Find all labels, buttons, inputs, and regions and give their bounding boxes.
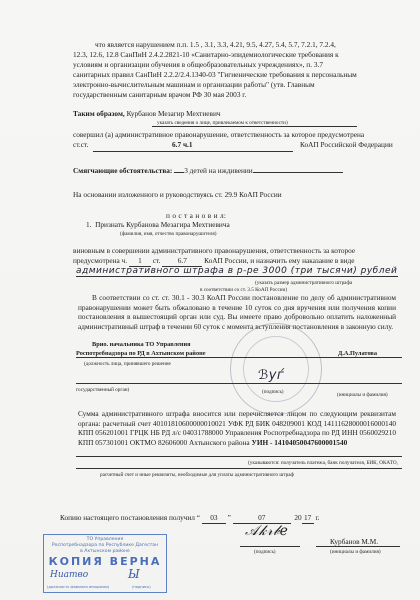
thus-caption: указать сведения о лице, привлекаемом к … [157,120,288,126]
official-caption-1: (должность лица, принявшего решение [84,361,171,367]
item-number: 1. [86,220,91,229]
mitigating-label: Смягчающие обстоятельства: [73,166,172,175]
receipt-month: 07 [233,513,291,524]
payment-paragraph: Сумма административного штрафа вносится … [78,409,396,447]
part-value: 1 [129,256,151,267]
legal-basis: На основании изложенного и руководствуяс… [73,190,282,200]
underline [316,546,400,547]
official-name-caption: (инициалы и фамилия) [337,392,388,398]
underline [76,468,402,469]
violation-line-6: государственным санитарным врачом РФ 30 … [73,90,246,100]
underline [76,383,402,384]
receiver-signature: 𝒜𝓀𝓇𝒷ℯ [245,523,288,539]
receipt-line: Копию настоящего постановления получил “… [60,513,320,524]
item-1: 1. Признать Курбанова Мезагира Мехтиевич… [86,220,230,230]
committed-line: совершил (а) административное правонаруш… [73,130,364,140]
articles-suffix: КоАП Российской Федерации [300,140,393,150]
item-text: Признать [95,220,124,229]
receiver-name-caption: (инициалы и фамилия) [330,549,381,555]
official-name: Д.А.Пулатова [338,349,377,359]
receipt-day: 03 [202,513,226,524]
payment-caption-2: расчетный счет и иные реквизиты, необход… [100,472,294,478]
violation-line-4: санитарных правил СанПиН 2.2.2/2.4.1340-… [73,70,357,80]
article-value: 6.7 [162,256,202,267]
receipt-year: 17 [302,513,314,524]
mitigating-line: Смягчающие обстоятельства: 3 детей на иж… [73,166,343,176]
mitigating-value: 3 детей на иждивении [184,166,252,175]
scanned-document-page: что является нарушением п.п. 1.5 , 3.1, … [0,0,420,600]
stamp-signature: Ниатво [50,570,88,580]
official-caption-2: государственный орган) [76,387,129,393]
official-signature: ℬуѓ [258,368,284,383]
stamp-title: КОПИЯ ВЕРНА [44,556,166,568]
violation-line-1: что является нарушением п.п. 1.5 , 3.1, … [95,40,336,50]
stamp-signature-2: Ы [128,567,140,581]
articles-prefix: ст.ст. [73,140,88,150]
violation-line-5: электронно-вычислительным машинам и орга… [73,80,315,90]
violation-line-2: 12.3, 12.6, 12.8 СанПиН 2.4.2.2821-10 «С… [73,50,339,60]
payment-caption-1: (указываются: получатель платежа, банк п… [248,460,398,466]
underline [152,126,357,127]
underline [93,151,293,152]
penalty-caption-1: (указать размер административного штрафа [255,280,352,286]
official-signature-caption: (подпись) [262,389,284,395]
copy-certified-stamp: ТО Управления Роспотребнадзора по Респуб… [43,534,167,593]
guilty-line-1: виновным в совершении административного … [73,246,355,256]
receipt-label: Копию настоящего постановления получил [60,513,195,522]
uin: УИН - 14104050047600001540 [251,438,347,447]
offender-name: Курбанов Мезагир Мехтиевич [127,109,221,118]
underline [76,456,402,457]
article-number: 6.7 ч.1 [172,140,193,150]
thus-line: Таким образом, Курбанов Мезагир Мехтиеви… [73,109,221,119]
underline [240,546,300,547]
receiver-signature-caption: (подпись) [254,549,276,555]
offender-name-genitive: Курбанова Мезагира Мехтиевича [126,220,230,229]
violation-line-3: условиям и организации обучения в общеоб… [73,60,323,70]
handwritten-penalty: административного штрафа в р-ре 3000 (тр… [76,266,398,277]
appeal-paragraph: В соответствии со ст. ст. 30.1 - 30.3 Ко… [78,293,396,331]
guilty-line-2: предусмотрена ч. 1 ст. 6.7 КоАП России, … [73,256,355,267]
thus-label: Таким образом, [73,109,125,118]
item-1-caption: (фамилия, имя, отчество правонарушителя) [120,231,216,237]
